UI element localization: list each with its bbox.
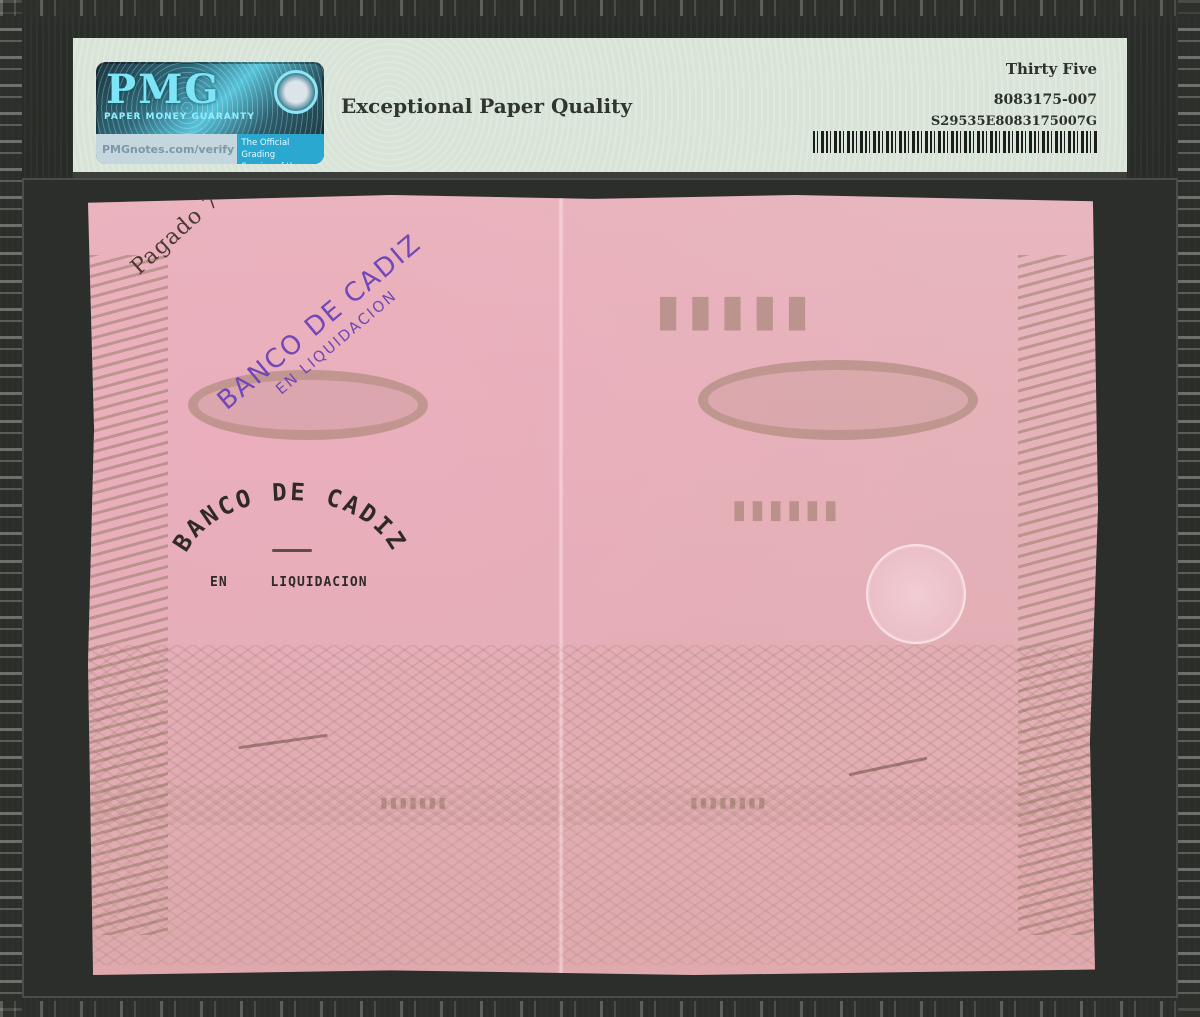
stamp-flourish xyxy=(272,549,312,552)
quality-designation: Exceptional Paper Quality xyxy=(341,94,632,118)
holder-edge-left xyxy=(0,0,22,1017)
showthrough-serial: ▮▮▮▮▮▮▮▮ xyxy=(688,795,766,811)
ana-line-2: Service of the ANA xyxy=(241,161,320,164)
cert-number: 8083175-007 xyxy=(813,92,1097,108)
ana-line-1: The Official Grading xyxy=(241,137,320,161)
ana-text: The Official Grading Service of the ANA xyxy=(237,134,324,164)
holder-edge-bottom xyxy=(0,1001,1200,1017)
slab-holder: PMG PAPER MONEY GUARANTY PMGnotes.com/ve… xyxy=(0,0,1200,1017)
showthrough-title: ▮▮▮▮▮ xyxy=(648,285,809,336)
holder-edge-right xyxy=(1178,0,1200,1017)
showthrough-serial-left: ▮▮▮▮▮▮▮ xyxy=(378,795,446,811)
guarantee-text: PAPER MONEY GUARANTY xyxy=(104,112,255,122)
black-stamp-subline: EN LIQUIDACION xyxy=(210,575,368,590)
showthrough-oval-right xyxy=(698,360,978,440)
verify-url: PMGnotes.com/verify xyxy=(96,134,237,164)
center-fold xyxy=(558,195,564,975)
pmg-logo: PMG xyxy=(106,66,221,113)
label-grade-block: Thirty Five 8083175-007 S29535E808317500… xyxy=(813,60,1097,153)
showthrough-mid: ▮▮▮▮▮▮ xyxy=(728,495,838,525)
ana-seal-icon xyxy=(274,70,318,114)
barcode xyxy=(813,131,1097,153)
barcode-text: S29535E8083175007G xyxy=(813,114,1097,129)
grade-text: Thirty Five xyxy=(813,60,1097,78)
svg-text:BANCO DE CADIZ: BANCO DE CADIZ xyxy=(167,478,412,556)
black-stamp-word2: LIQUIDACION xyxy=(270,575,367,590)
chevron-pattern-lower xyxy=(88,785,1098,965)
banknote-reverse: ▮▮▮▮▮ ▮▮▮▮▮▮ ▮▮▮▮▮▮▮▮ ▮▮▮▮▮▮▮ Pagado 7½ … xyxy=(88,195,1098,975)
black-stamp-word1: EN xyxy=(210,575,228,590)
holder-edge-top xyxy=(0,0,1200,16)
black-liquidation-stamp: BANCO DE CADIZ EN LIQUIDACION xyxy=(160,465,420,605)
embossed-seal-icon xyxy=(866,544,966,644)
grading-label: PMG PAPER MONEY GUARANTY PMGnotes.com/ve… xyxy=(73,38,1127,178)
pmg-hologram: PMG PAPER MONEY GUARANTY PMGnotes.com/ve… xyxy=(96,62,324,164)
